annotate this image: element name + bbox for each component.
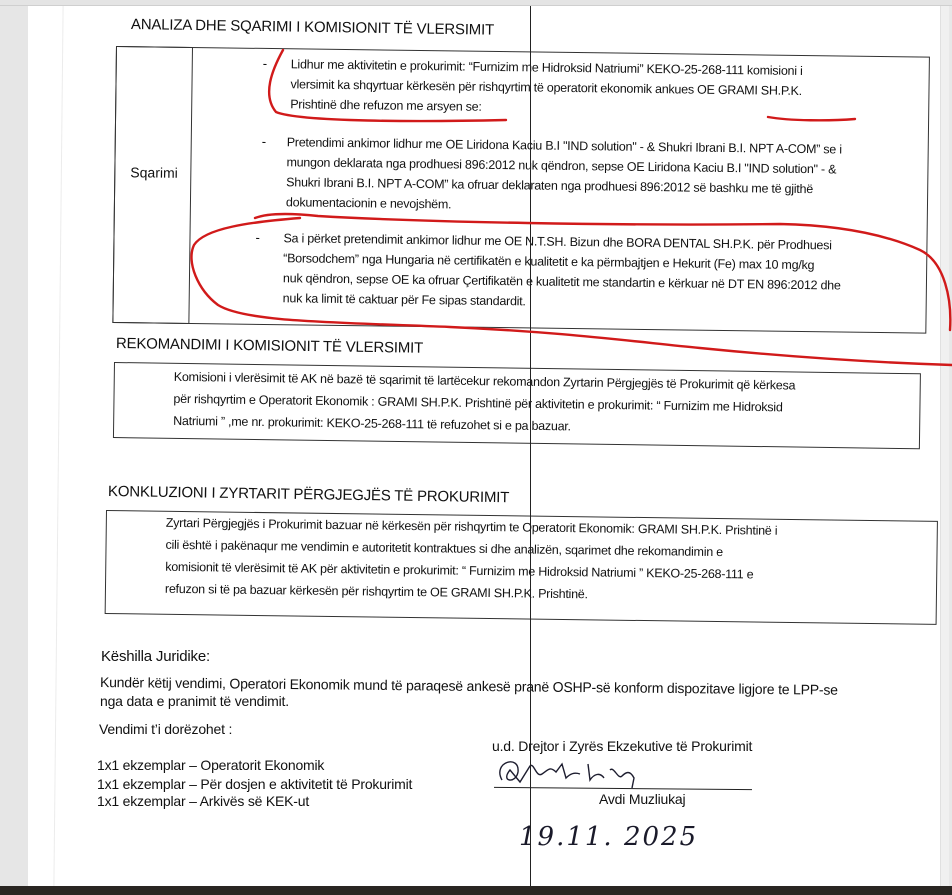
distribution-heading: Vendimi t’i dorëzohet : bbox=[99, 721, 232, 738]
analysis-label-cell bbox=[112, 46, 193, 324]
viewer-left-gutter bbox=[0, 6, 28, 886]
bullet-dash: - bbox=[255, 230, 260, 245]
analysis-table: Sqarimi - Lidhur me aktivitetin e prokur… bbox=[112, 46, 931, 369]
viewer-scrollbar[interactable] bbox=[940, 6, 949, 886]
legal-advice-heading: Këshilla Juridike: bbox=[101, 648, 210, 665]
distribution-item-3: 1x1 ekzemplar – Arkivës së KEK-ut bbox=[97, 793, 309, 810]
distribution-item-2: 1x1 ekzemplar – Për dosjen e aktivitetit… bbox=[97, 776, 412, 793]
analysis-item-3-line-4: nuk ka limit të caktuar për Fe sipas sta… bbox=[283, 288, 526, 311]
bullet-dash: - bbox=[262, 134, 267, 149]
handwritten-date: 19.11. 2025 bbox=[519, 822, 698, 852]
conclusion-box: Zyrtari Përgjegjës i Prokurimit bazuar n… bbox=[105, 510, 946, 631]
analysis-item-2-line-4: dokumentacionin e nevojshëm. bbox=[286, 192, 452, 214]
signatory-name: Avdi Muzliukaj bbox=[599, 791, 685, 808]
viewer-bottom-bar bbox=[0, 886, 952, 895]
analysis-item-1-line-3: Prishtinë dhe refuzon me arsyen se: bbox=[290, 94, 482, 117]
recommendation-box: Komisioni i vlerësimit të AK në bazë të … bbox=[113, 362, 924, 455]
handwritten-signature-icon bbox=[490, 752, 720, 792]
legal-advice-line-2: nga data e pranimit të vendimit. bbox=[100, 693, 289, 710]
distribution-item-1: 1x1 ekzemplar – Operatorit Ekonomik bbox=[97, 757, 324, 774]
sqarimi-label: Sqarimi bbox=[130, 164, 178, 181]
scan-artifact-line bbox=[530, 6, 531, 886]
bullet-dash: - bbox=[263, 56, 268, 71]
